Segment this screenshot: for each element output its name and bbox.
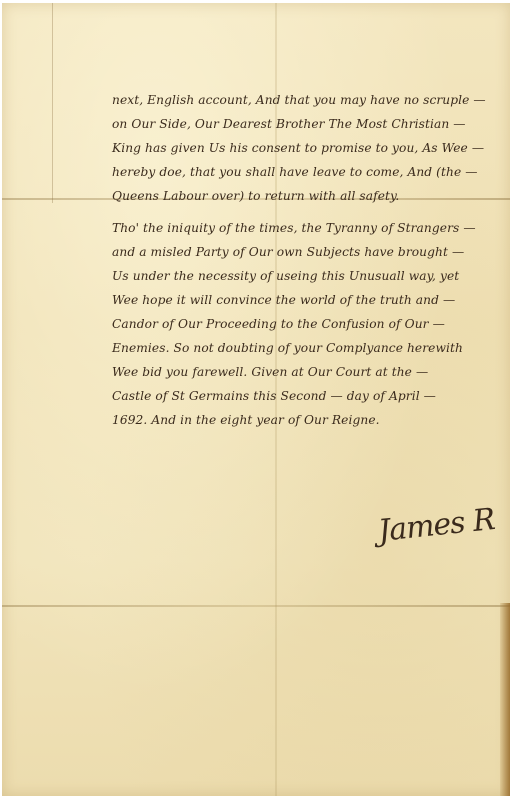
text-line: Wee hope it will convince the world of t… [112,288,512,312]
text-line: Queens Labour over) to return with all s… [112,184,512,208]
text-line: next, English account, And that you may … [112,88,512,112]
text-line: Castle of St Germains this Second — day … [112,384,512,408]
fold-line-lower [2,605,510,607]
text-line: 1692. And in the eight year of Our Reign… [112,408,512,432]
paragraph-1: next, English account, And that you may … [112,88,512,208]
text-line: Wee bid you farewell. Given at Our Court… [112,360,512,384]
text-line: hereby doe, that you shall have leave to… [112,160,512,184]
paragraph-gap [112,208,512,216]
crease-mark [52,3,53,203]
text-line: Tho' the iniquity of the times, the Tyra… [112,216,512,240]
letter-body: next, English account, And that you may … [112,88,512,432]
paragraph-2: Tho' the iniquity of the times, the Tyra… [112,216,512,432]
text-line: on Our Side, Our Dearest Brother The Mos… [112,112,512,136]
text-line: and a misled Party of Our own Subjects h… [112,240,512,264]
text-line: Us under the necessity of useing this Un… [112,264,512,288]
stained-edge [500,603,510,796]
text-line: Candor of Our Proceeding to the Confusio… [112,312,512,336]
text-line: Enemies. So not doubting of your Complya… [112,336,512,360]
text-line: King has given Us his consent to promise… [112,136,512,160]
